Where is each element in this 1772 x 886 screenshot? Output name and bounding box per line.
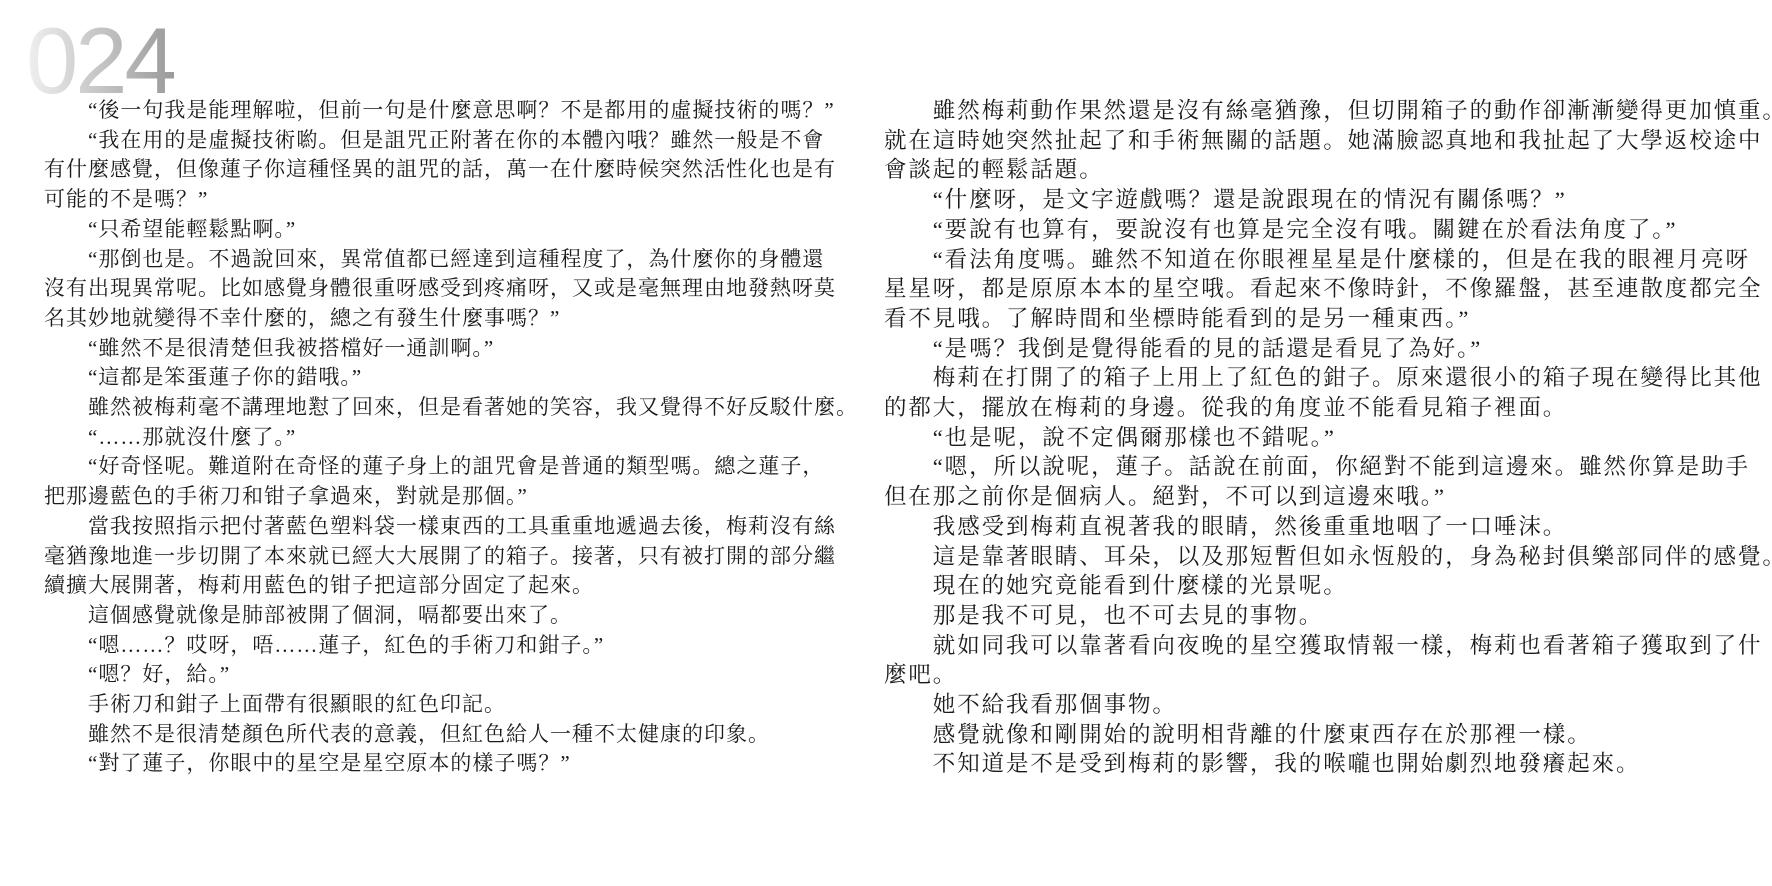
- text-line: 有什麼感覺，但像蓮子你這種怪異的詛咒的話，萬一在什麼時候突然活性化也是有: [44, 155, 844, 185]
- text-line: 梅莉在打開了的箱子上用上了紅色的鉗子。原來還很小的箱子現在變得比其他: [884, 363, 1772, 393]
- text-line: 感覺就像和剛開始的說明相背離的什麼東西存在於那裡一樣。: [884, 720, 1772, 750]
- text-line: 麼吧。: [884, 660, 1772, 690]
- text-line: “看法角度嗎。雖然不知道在你眼裡星星是什麼樣的，但是在我的眼裡月亮呀: [884, 245, 1772, 275]
- text-line: “嗯，所以說呢，蓮子。話說在前面，你絕對不能到這邊來。雖然你算是助手: [884, 452, 1772, 482]
- text-line: 毫猶豫地進一步切開了本來就已經大大展開了的箱子。接著，只有被打開的部分繼: [44, 542, 844, 572]
- text-line: 但在那之前你是個病人。絕對，不可以到這邊來哦。”: [884, 482, 1772, 512]
- text-line: 會談起的輕鬆話題。: [884, 155, 1772, 185]
- text-line: 雖然被梅莉毫不講理地懟了回來，但是看著她的笑容，我又覺得不好反駁什麼。: [44, 393, 844, 423]
- text-line: 她不給我看那個事物。: [884, 690, 1772, 720]
- text-line: 不知道是不是受到梅莉的影響，我的喉嚨也開始劇烈地發癢起來。: [884, 749, 1772, 779]
- text-line: “我在用的是虛擬技術喲。但是詛咒正附著在你的本體內哦？雖然一般是不會: [44, 126, 844, 156]
- text-line: “嗯……？哎呀，唔……蓮子，紅色的手術刀和鉗子。”: [44, 631, 844, 661]
- text-line: “是嗎？我倒是覺得能看的見的話還是看見了為好。”: [884, 334, 1772, 364]
- text-line: “後一句我是能理解啦，但前一句是什麼意思啊？不是都用的虛擬技術的嗎？”: [44, 96, 844, 126]
- text-line: “要說有也算有，要說沒有也算是完全沒有哦。關鍵在於看法角度了。”: [884, 215, 1772, 245]
- text-line: 續擴大展開著，梅莉用藍色的钳子把這部分固定了起來。: [44, 571, 844, 601]
- text-line: 可能的不是嗎？”: [44, 185, 844, 215]
- text-line: “嗯？好，給。”: [44, 660, 844, 690]
- text-line: 雖然不是很清楚顏色所代表的意義，但紅色給人一種不太健康的印象。: [44, 720, 844, 750]
- text-line: “也是呢，說不定偶爾那樣也不錯呢。”: [884, 423, 1772, 453]
- text-line: “好奇怪呢。難道附在奇怪的蓮子身上的詛咒會是普通的類型嗎。總之蓮子，: [44, 452, 844, 482]
- text-line: “這都是笨蛋蓮子你的錯哦。”: [44, 363, 844, 393]
- text-line: 我感受到梅莉直視著我的眼睛，然後重重地咽了一口唾沫。: [884, 512, 1772, 542]
- text-line: 手術刀和鉗子上面帶有很顯眼的紅色印記。: [44, 690, 844, 720]
- text-line: 看不見哦。了解時間和坐標時能看到的是另一種東西。”: [884, 304, 1772, 334]
- text-line: “只希望能輕鬆點啊。”: [44, 215, 844, 245]
- text-line: 當我按照指示把付著藍色塑料袋一樣東西的工具重重地遞過去後，梅莉沒有絲: [44, 512, 844, 542]
- text-line: 沒有出現異常呢。比如感覺身體很重呀感受到疼痛呀，又或是毫無理由地發熱呀莫: [44, 274, 844, 304]
- text-line: “雖然不是很清楚但我被搭檔好一通訓啊。”: [44, 334, 844, 364]
- text-line: 把那邊藍色的手術刀和钳子拿過來，對就是那個。”: [44, 482, 844, 512]
- text-line: 這個感覺就像是肺部被開了個洞，嗝都要出來了。: [44, 601, 844, 631]
- text-line: 星星呀，都是原原本本的星空哦。看起來不像時針，不像羅盤，甚至連散度都完全: [884, 274, 1772, 304]
- text-line: 就如同我可以靠著看向夜晚的星空獲取情報一樣，梅莉也看著箱子獲取到了什: [884, 631, 1772, 661]
- right-page-text: 雖然梅莉動作果然還是沒有絲毫猶豫，但切開箱子的動作卻漸漸變得更加慎重。就在這時她…: [884, 96, 1772, 779]
- text-line: 名其妙地就變得不幸什麼的，總之有發生什麼事嗎？”: [44, 304, 844, 334]
- text-line: 那是我不可見，也不可去見的事物。: [884, 601, 1772, 631]
- text-line: “對了蓮子，你眼中的星空是星空原本的樣子嗎？”: [44, 749, 844, 779]
- text-line: 就在這時她突然扯起了和手術無關的話題。她滿臉認真地和我扯起了大學返校途中: [884, 126, 1772, 156]
- left-page-text: “後一句我是能理解啦，但前一句是什麼意思啊？不是都用的虛擬技術的嗎？” “我在用…: [44, 96, 844, 779]
- text-line: “什麼呀，是文字遊戲嗎？還是說跟現在的情況有關係嗎？”: [884, 185, 1772, 215]
- text-line: 現在的她究竟能看到什麼樣的光景呢。: [884, 571, 1772, 601]
- text-line: 的都大，擺放在梅莉的身邊。從我的角度並不能看見箱子裡面。: [884, 393, 1772, 423]
- page-number: 024: [26, 14, 174, 108]
- text-line: “那倒也是。不過說回來，異常值都已經達到這種程度了，為什麼你的身體還: [44, 245, 844, 275]
- text-line: 雖然梅莉動作果然還是沒有絲毫猶豫，但切開箱子的動作卻漸漸變得更加慎重。: [884, 96, 1772, 126]
- book-spread: 024 “後一句我是能理解啦，但前一句是什麼意思啊？不是都用的虛擬技術的嗎？” …: [0, 0, 1772, 886]
- text-line: “……那就沒什麼了。”: [44, 423, 844, 453]
- text-line: 這是靠著眼睛、耳朵，以及那短暫但如永恆般的，身為秘封俱樂部同伴的感覺。: [884, 542, 1772, 572]
